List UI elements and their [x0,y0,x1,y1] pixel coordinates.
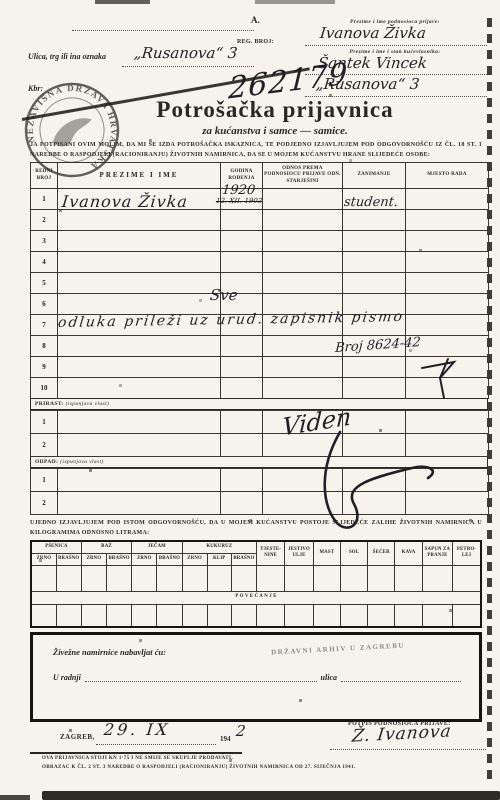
scan-noise [0,0,1,1]
street-value-handwriting: „Rusanova“ 3 [133,44,238,62]
col-header: MJESTO RADA [406,163,489,189]
table-cell [257,604,285,627]
table-cell [182,604,207,627]
sub-header: BRAŠNO [56,553,81,565]
persons-table-header-row: REDNI BROJ PREZIME I IME GODINA ROĐENJA … [31,163,489,189]
table-row: 5 [31,273,489,294]
col-header: JESTIVO ULJE [285,541,313,565]
table-cell [58,411,221,434]
group-header: PŠENICA [31,541,81,553]
row-number: 8 [31,336,58,357]
col-header: PREZIME I IME [58,163,221,189]
row1-occupation-handwriting: student. [343,195,399,210]
owner-address-handwriting: „Rusanova“ 3 [315,75,420,93]
table-cell [221,469,263,492]
table-cell [56,565,81,591]
year-printed: 194 [220,735,231,743]
reg-broj-label: REG. BROJ: [237,39,274,45]
table-cell [58,469,221,492]
year-handwriting: 2 [235,722,246,740]
group-header: RAŽ [81,541,131,553]
supplies-group-header-row: PŠENICA RAŽ JEČAM KUKURUZ TJESTE- NINE J… [31,541,481,553]
row-number: 2 [31,434,58,457]
table-cell [406,294,489,315]
row-number: 5 [31,273,58,294]
table-cell [395,565,422,591]
table-cell [58,294,221,315]
ulica-line [341,671,461,682]
table-cell [343,378,406,399]
sub-header: BRAŠNO [157,553,182,565]
odpad-label: ODPAD: [35,459,58,465]
table-cell [58,252,221,273]
table-cell [406,252,489,273]
scan-edge-bottom [42,791,500,800]
table-cell [343,273,406,294]
supplies-empty-row [31,604,481,627]
col-header: ZANIMANJE [343,163,406,189]
table-cell [58,336,221,357]
povecanje-row: P O V E Ć A N J E [31,591,481,604]
table-cell [58,231,221,252]
table-cell [58,492,221,515]
row-number: 1 [31,469,58,492]
table-cell [263,252,343,273]
table-cell [257,565,285,591]
city-label: ZAGREB, [60,733,95,741]
table-cell [263,336,343,357]
scan-edge-bottom-corner [0,795,30,800]
table-cell [207,604,231,627]
group-header: JEČAM [132,541,182,553]
table-cell [285,565,313,591]
row1-year-handwriting: 1920 [221,183,256,198]
table-cell [58,434,221,457]
table-cell [340,565,367,591]
table-cell [343,252,406,273]
applicant-value-handwriting: Ivanova Živka [319,24,427,42]
table-cell [406,273,489,294]
table-cell [221,357,263,378]
table-cell [58,357,221,378]
row-number: 1 [31,189,58,210]
table-cell [81,565,106,591]
table-cell [231,565,256,591]
table-cell [182,565,207,591]
table-cell [422,565,452,591]
table-cell [343,231,406,252]
prirast-label: PRIRAST: [35,401,64,407]
scan-mark-top2 [255,0,335,4]
table-cell [453,604,481,627]
prirast-sublabel: (ispunjava vlast) [66,401,110,407]
col-header: ŠEĆER [368,541,395,565]
sub-header: BRAŠNO [231,553,256,565]
odpad-sublabel: (ispunjava vlast) [60,459,104,465]
intro-paragraph: JA POTPISANI OVIM MOLIM, DA MI SE IZDA P… [30,141,482,160]
row-number: 2 [31,210,58,231]
sub-header: ZRNO [182,553,207,565]
table-cell [58,378,221,399]
fine-print-line2: OBRAZAC K ČL. 2 ST. 3 NAREDBE O RASPODJE… [42,765,482,770]
table-cell [343,210,406,231]
col-header: REDNI BROJ [31,163,58,189]
table-cell [422,604,452,627]
date-handwriting: 29. IX [103,720,171,739]
table-cell [263,378,343,399]
table-cell [343,357,406,378]
col-header: ODNOS PREMA PODNOSIOCU PRIJAVE ODN. STAR… [263,163,343,189]
table-cell [207,565,231,591]
table-cell [221,378,263,399]
purchase-box: Živežne namirnice nabavljat ću: DRŽAVNI … [30,632,482,722]
col-header: PETRO- LEJ [453,541,481,565]
table-cell [221,411,263,434]
table-cell [263,357,343,378]
table-cell [263,189,343,210]
table-row: 4 [31,252,489,273]
col-header: MAST [313,541,340,565]
archive-stamp: DRŽAVNI ARHIV U ZAGREBU [271,641,405,656]
table-cell [157,565,182,591]
table-cell [31,604,56,627]
table-cell [81,604,106,627]
table-cell [313,604,340,627]
form-title: Potrošačka prijavnica [90,97,460,123]
table-cell [107,604,132,627]
table-cell [406,189,489,210]
supplies-table: PŠENICA RAŽ JEČAM KUKURUZ TJESTE- NINE J… [30,540,482,628]
table-cell [221,231,263,252]
table-cell [221,336,263,357]
table-cell [395,604,422,627]
row1-year-struck-handwriting: 12. XII. 1903 [216,197,263,205]
table-cell [406,231,489,252]
fine-print-rule [30,752,242,754]
table-cell [285,604,313,627]
annotation-sve-handwriting: Sve [209,286,239,304]
sub-header: ZRNO [132,553,157,565]
blank-dotted-line [72,30,254,31]
supplies-intro-paragraph: UJEDNO IZJAVLJUJEM POD ISTOM ODGOVORNOŠĆ… [30,519,482,538]
date-line [96,744,216,745]
table-cell [221,210,263,231]
table-cell [56,604,81,627]
col-header: TJESTE- NINE [257,541,285,565]
table-cell [221,252,263,273]
table-cell [132,565,157,591]
table-cell [340,604,367,627]
check-mark-annotation [418,356,460,400]
table-cell [406,315,489,336]
table-cell [132,604,157,627]
sub-header: ZRNO [81,553,106,565]
col-header: SAPUN ZA PRANJE [422,541,452,565]
table-row: 2 [31,210,489,231]
table-cell [313,565,340,591]
signature-line [330,749,486,750]
sub-header: ZRNO [31,553,56,565]
table-cell [31,565,56,591]
table-cell [263,210,343,231]
supplies-empty-row [31,565,481,591]
row-number: 6 [31,294,58,315]
table-cell [221,492,263,515]
table-cell [231,604,256,627]
radnji-label: U radnji [53,673,81,682]
col-header: SOL [340,541,367,565]
row-number: 10 [31,378,58,399]
row-number: 9 [31,357,58,378]
applicant-line [305,45,487,46]
row-number: 2 [31,492,58,515]
table-cell [157,604,182,627]
table-cell [368,565,395,591]
form-subtitle: za kućanstva i samce — samice. [90,125,460,137]
sub-header: BRAŠNO [107,553,132,565]
section-letter: A. [251,15,260,25]
row-number: 1 [31,411,58,434]
table-cell [107,565,132,591]
row-number: 4 [31,252,58,273]
scanned-form-page: A. REG. BROJ: Ulica, trg ili ina oznaka … [0,0,500,800]
purchase-intro: Živežne namirnice nabavljat ću: [53,647,166,657]
row-number: 3 [31,231,58,252]
radnji-line [85,671,317,682]
povecanje-label: P O V E Ć A N J E [31,591,481,604]
sub-header: KLIP [207,553,231,565]
table-cell [453,565,481,591]
street-line [122,66,254,67]
table-cell [58,210,221,231]
signature-handwriting: Ž. Ivanova [351,721,453,746]
table-cell [406,210,489,231]
row1-name-handwriting: Ivanova Živka [61,192,189,211]
fine-print-line1: OVA PRIJAVNICA STOJI KN 1·75 I NE SMIJE … [42,756,482,761]
table-cell [221,434,263,457]
scan-mark-top [95,0,150,4]
table-cell [368,604,395,627]
table-cell [58,273,221,294]
col-header: KAVA [395,541,422,565]
ulica-label: ulica [321,673,337,682]
owner-value-handwriting: Šantek Vincek [317,54,428,72]
table-cell [263,273,343,294]
street-label: Ulica, trg ili ina oznaka [28,52,106,61]
table-cell [263,231,343,252]
group-header: KUKURUZ [182,541,256,553]
table-row: 3 [31,231,489,252]
row-number: 7 [31,315,58,336]
